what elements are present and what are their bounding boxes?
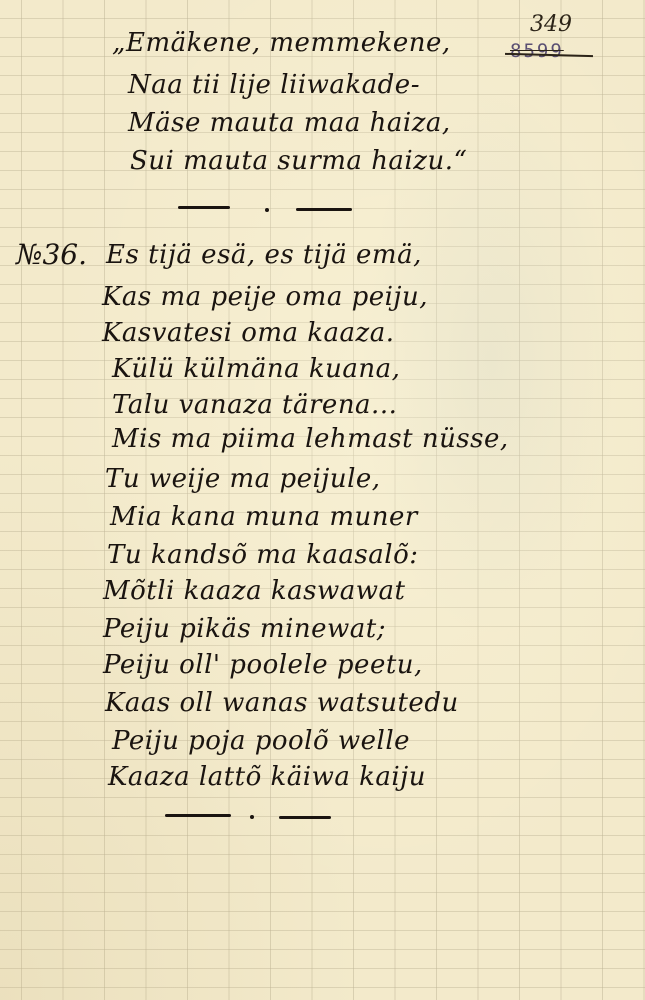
poem-number: №36. [16, 238, 87, 271]
divider-dash [165, 814, 231, 817]
poem-line: Kasvatesi oma kaaza. [102, 318, 395, 348]
divider-dash [178, 206, 230, 209]
poem-line: Tu kandsõ ma kaasalõ: [107, 540, 419, 570]
stanza-1-line: Naa tii lije liiwakade- [128, 70, 420, 100]
manuscript-page: 349 8599 „Emäkene, memmekene, Naa tii li… [0, 0, 645, 1000]
poem-line: Külü külmäna kuana, [112, 354, 400, 384]
folio-number: 349 [530, 12, 572, 37]
poem-line: Kas ma peije oma peiju, [102, 282, 428, 312]
poem-line: Talu vanaza tärena... [112, 390, 397, 420]
divider-dot [265, 208, 269, 212]
divider-dash [279, 816, 331, 819]
stanza-1-line: Mäse mauta maa haiza, [128, 108, 451, 138]
poem-line: Es tijä esä, es tijä emä, [106, 240, 422, 270]
poem-line: Peiju poja poolõ welle [112, 726, 410, 756]
divider-dot [250, 815, 254, 819]
poem-line: Mõtli kaaza kaswawat [103, 576, 405, 606]
poem-line: Mis ma piima lehmast nüsse, [112, 424, 509, 454]
stanza-1-line: „Emäkene, memmekene, [112, 28, 451, 58]
poem-line: Peiju pikäs minewat; [103, 614, 386, 644]
poem-line: Peiju oll' poolele peetu, [103, 650, 423, 680]
divider-dash [296, 208, 352, 211]
poem-line: Mia kana muna muner [110, 502, 418, 532]
poem-line: Kaas oll wanas watsutedu [105, 688, 459, 718]
poem-line: Tu weije ma peijule, [105, 464, 381, 494]
stanza-1-line: Sui mauta surma haizu.“ [130, 146, 467, 176]
old-archive-stamp: 8599 [510, 40, 564, 62]
poem-line: Kaaza lattõ käiwa kaiju [108, 762, 426, 792]
